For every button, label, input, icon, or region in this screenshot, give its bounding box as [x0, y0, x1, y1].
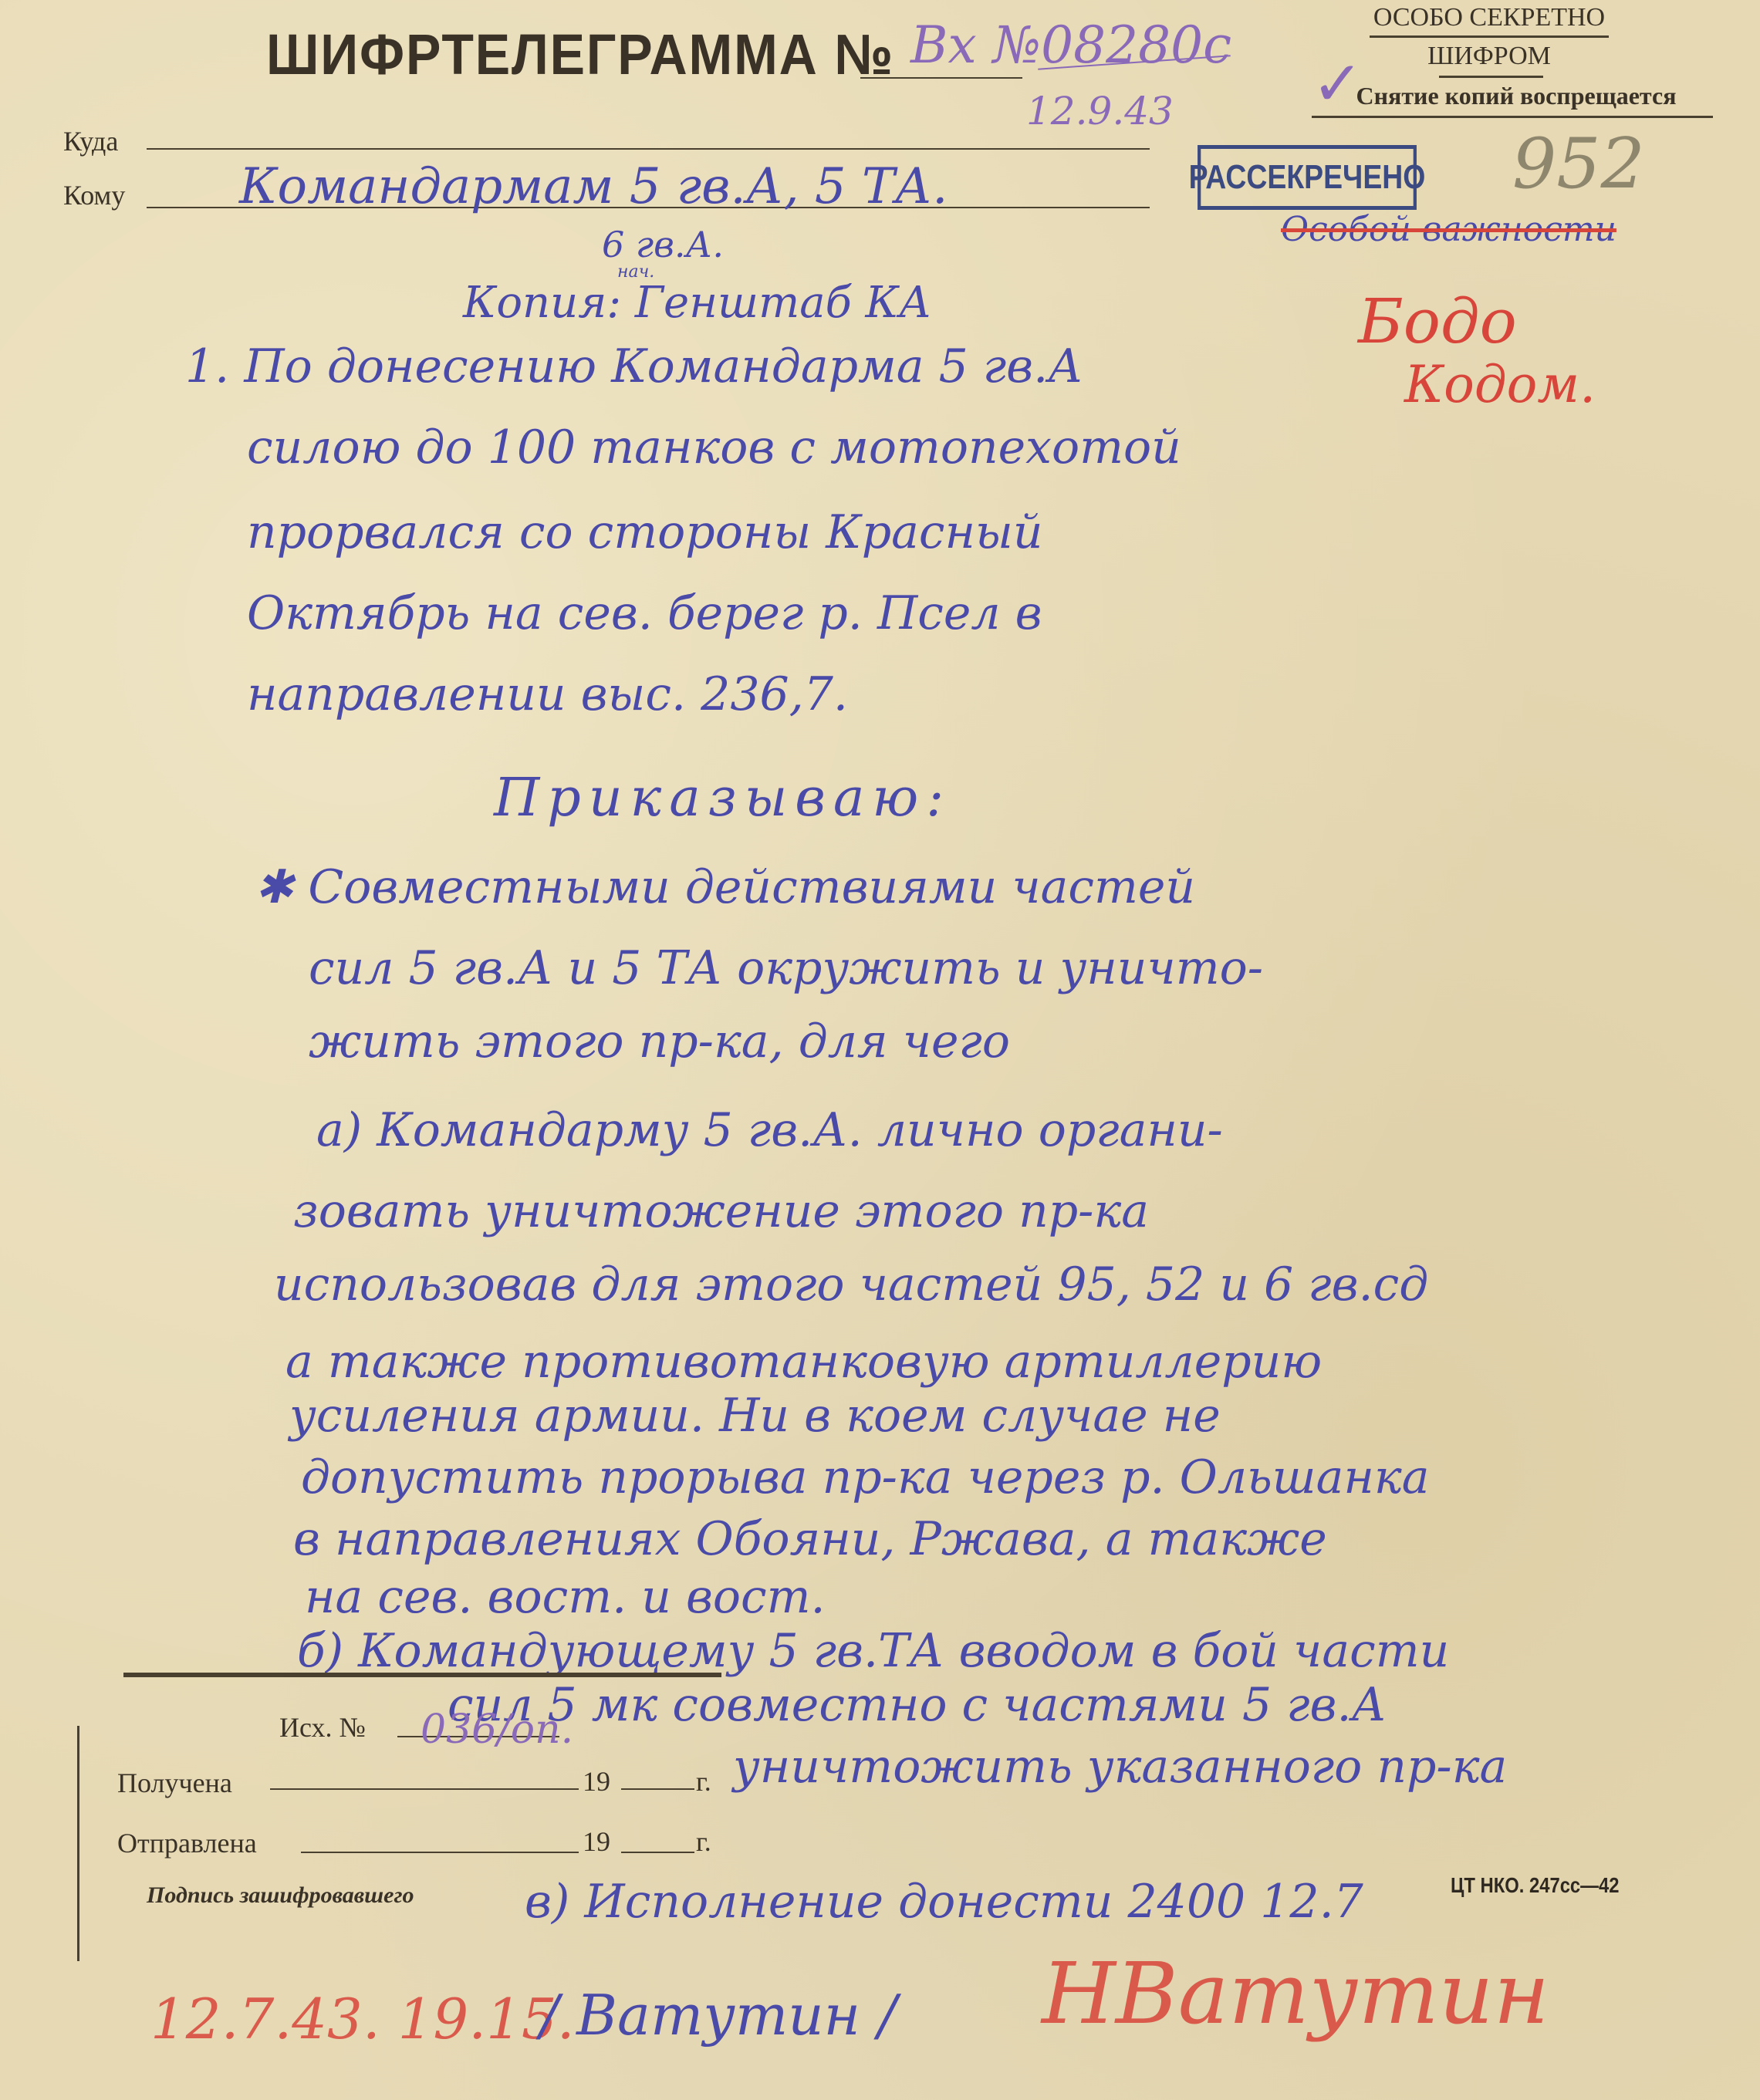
addressee: Командармам 5 гв.А, 5 ТА. — [239, 158, 948, 215]
kuda-label: Куда — [63, 125, 118, 157]
body-line: 1. По донесению Командарма 5 гв.А — [185, 339, 1083, 393]
body-line: допустить прорыва пр-ка через р. Ольшанк… — [301, 1450, 1429, 1504]
sent-year-suffix: г. — [696, 1825, 711, 1858]
komu-label: Кому — [63, 179, 125, 211]
classification-no-copies: Снятие копий воспрещается — [1312, 82, 1721, 110]
copy-line: Копия: Генштаб КА — [463, 278, 931, 328]
received-line — [270, 1788, 579, 1790]
sent-year: 19 — [583, 1825, 610, 1858]
declassified-stamp: РАССЕКРЕЧЕНО — [1198, 145, 1417, 210]
received-label: Получена — [117, 1767, 232, 1799]
received-year-line — [621, 1788, 694, 1790]
divider — [1439, 76, 1543, 78]
body-line: б) Командующему 5 гв.ТА вводом в бой час… — [297, 1624, 1449, 1678]
body-line: на сев. вост. и вост. — [305, 1570, 826, 1624]
body-line: в направлениях Обояни, Ржава, а также — [293, 1512, 1327, 1566]
footer-divider — [123, 1673, 721, 1677]
cipher-clerk-signature-label: Подпись зашифровавшего — [147, 1882, 414, 1909]
classification-cipher: ШИФРОМ — [1366, 42, 1613, 71]
classification-top-secret: ОСОБО СЕКРЕТНО — [1366, 3, 1613, 32]
body-line: сил 5 мк совместно с частями 5 гв.А — [448, 1678, 1387, 1732]
code-annotation: Кодом. — [1404, 355, 1596, 414]
body-line: сил 5 гв.А и 5 ТА окружить и уничто- — [309, 941, 1263, 995]
body-line: а) Командарму 5 гв.А. лично органи- — [316, 1103, 1223, 1157]
priority-struck: Особой важности — [1281, 210, 1616, 249]
body-line: силою до 100 танков с мотопехотой — [247, 420, 1181, 474]
order-heading: Приказываю: — [494, 768, 951, 829]
incoming-date: 12.9.43 — [1026, 89, 1174, 133]
body-line: направлении выс. 236,7. — [247, 667, 848, 721]
form-code: ЦТ НКО. 247сс—42 — [1451, 1873, 1619, 1898]
document-title: ШИФРТЕЛЕГРАММА № — [266, 22, 894, 87]
signature-name: / Ватутин / — [540, 1983, 897, 2048]
red-signature: НВатутин — [1042, 1944, 1549, 2043]
body-line: Октябрь на сев. берег р. Псел в — [247, 586, 1042, 640]
body-line: ✱ Совместными действиями частей — [255, 860, 1195, 914]
sent-line — [301, 1852, 579, 1853]
kuda-line — [147, 148, 1150, 150]
body-line: усиления армии. Ни в коем случае не — [289, 1389, 1221, 1443]
received-year: 19 — [583, 1765, 610, 1798]
sheet-number: 952 — [1512, 123, 1645, 204]
priority-bodo: Бодо — [1358, 285, 1517, 357]
body-line: зовать уничтожение этого пр-ка — [293, 1184, 1149, 1238]
addressee-addition: 6 гв.А. — [602, 224, 724, 265]
footer-bracket — [77, 1726, 79, 1961]
outgoing-number-label: Исх. № — [279, 1711, 366, 1744]
sent-label: Отправлена — [117, 1827, 257, 1859]
body-line: уничтожить указанного пр-ка — [733, 1740, 1507, 1794]
red-timestamp: 12.7.43. 19.15. — [150, 1987, 575, 2051]
sent-year-line — [621, 1852, 694, 1853]
received-year-suffix: г. — [696, 1765, 711, 1798]
body-line: в) Исполнение донести 2400 12.7 — [525, 1875, 1363, 1929]
divider — [1370, 35, 1609, 38]
number-underline — [860, 77, 1022, 79]
body-line: прорвался со стороны Красный — [247, 505, 1043, 559]
body-line: использовав для этого частей 95, 52 и 6 … — [274, 1258, 1428, 1312]
body-line: жить этого пр-ка, для чего — [309, 1015, 1010, 1069]
divider — [1312, 116, 1713, 118]
body-line: а также противотанковую артиллерию — [285, 1335, 1322, 1389]
outgoing-number: 036/оп. — [421, 1707, 573, 1753]
